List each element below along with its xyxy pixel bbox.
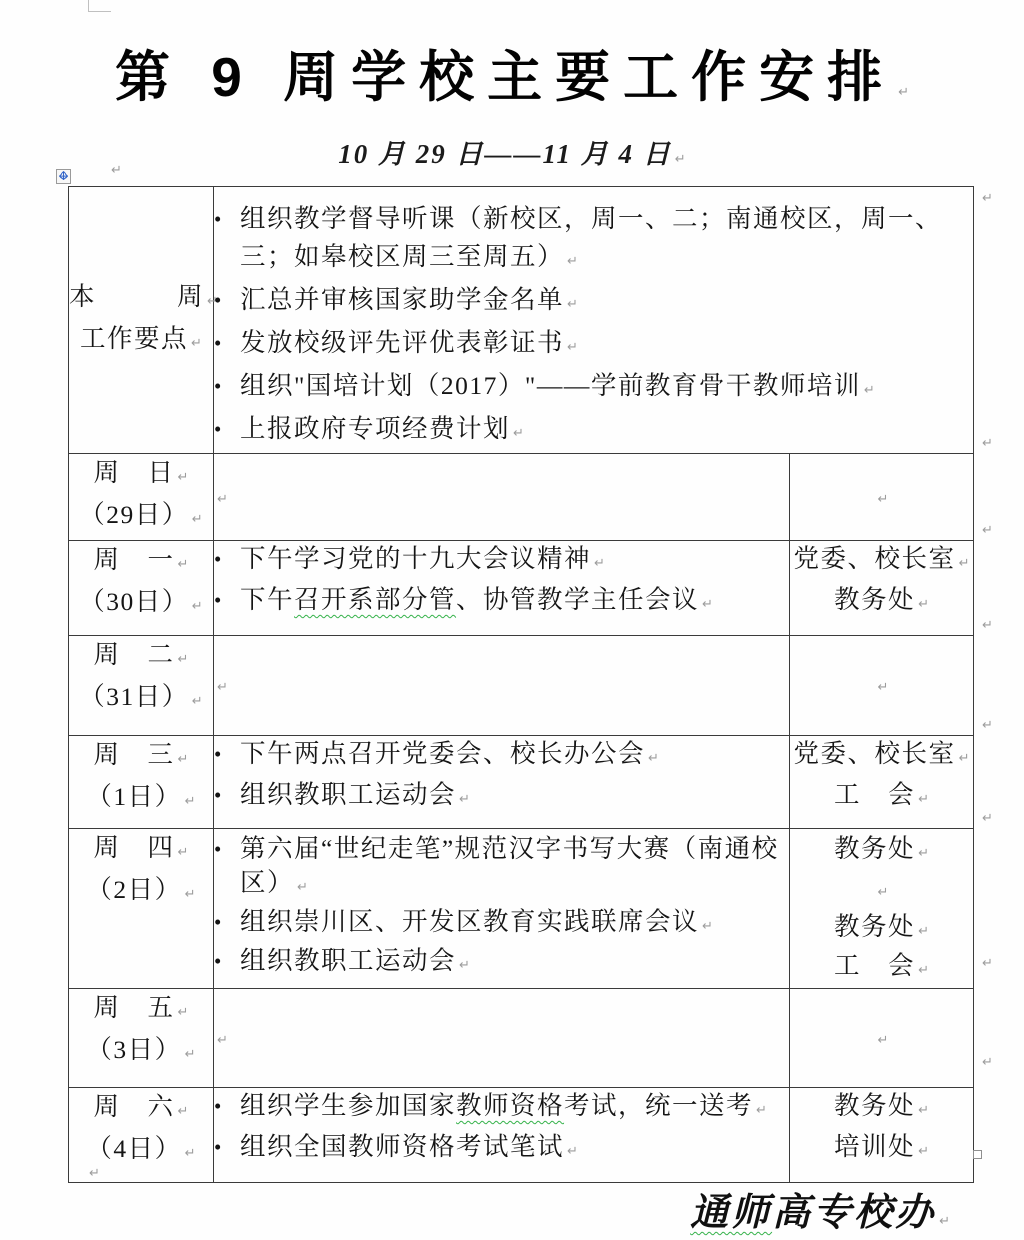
cell-end-mark: ↵ (185, 1146, 196, 1161)
bullet-icon: • (214, 905, 240, 939)
bullet-icon: • (214, 1088, 240, 1124)
cell-end-mark: ↵ (567, 1144, 578, 1159)
bullet-icon: • (214, 777, 240, 813)
paragraph-mark: ↵ (675, 152, 686, 167)
bullet-icon: • (214, 324, 240, 362)
cell-end-mark: ↵ (702, 597, 713, 612)
cell-end-mark: ↵ (918, 792, 929, 807)
day-label: 周 三↵ (69, 736, 213, 778)
bullet-icon: • (214, 832, 240, 866)
cell-end-mark: ↵ (878, 885, 889, 900)
cell-end-mark: ↵ (217, 1033, 228, 1048)
table-row-sunday: 周 日↵ （29日）↵ ↵ ↵ (69, 454, 974, 541)
schedule-table: 本 周↵ 工作要点↵ •组织教学督导听课（新校区，周一、二；南通校区，周一、三；… (68, 186, 974, 1183)
department-label: 工 会↵ (790, 949, 973, 988)
table-row-wednesday: 周 三↵ （1日）↵ •下午两点召开党委会、校长办公会↵ •组织教职工运动会↵ … (69, 736, 974, 829)
day-label-cell[interactable]: 周 二↵ （31日）↵ (69, 636, 214, 736)
bullet-icon: • (214, 582, 240, 618)
tasks-cell[interactable]: •组织教学督导听课（新校区，周一、二；南通校区，周一、三；如皋校区周三至周五）↵… (214, 187, 974, 454)
task-item: •下午学习党的十九大会议精神↵ (214, 541, 789, 582)
department-label: 党委、校长室↵ (790, 541, 973, 582)
department-cell[interactable]: 党委、校长室↵ 工 会↵ (790, 736, 974, 829)
paragraph-mark: ↵ (89, 1166, 100, 1181)
tasks-cell[interactable]: •组织学生参加国家教师资格考试，统一送考↵ •组织全国教师资格考试笔试↵ (214, 1088, 790, 1183)
bullet-icon: • (214, 541, 240, 577)
row-end-mark: ↵ (982, 191, 993, 206)
department-label: 培训处↵ (790, 1129, 973, 1170)
cell-end-mark: ↵ (192, 512, 203, 527)
cell-end-mark: ↵ (459, 958, 470, 973)
day-label: （1日）↵ (69, 778, 213, 820)
task-item: •上报政府专项经费计划↵ (214, 410, 973, 453)
bullet-icon: • (214, 944, 240, 978)
row-end-mark: ↵ (982, 1055, 993, 1070)
date-range[interactable]: 10 月 29 日——11 月 4 日↵ (0, 132, 1024, 171)
task-item: •汇总并审核国家助学金名单↵ (214, 281, 973, 324)
day-label: （29日）↵ (69, 496, 213, 538)
department-label: 教务处↵ (790, 910, 973, 949)
day-label: 周 日↵ (69, 454, 213, 496)
document-title[interactable]: 第 9 周学校主要工作安排↵ (0, 33, 1024, 112)
cell-end-mark: ↵ (178, 470, 189, 485)
task-item: •组织教学督导听课（新校区，周一、二；南通校区，周一、三；如皋校区周三至周五）↵ (214, 200, 973, 281)
department-label: 工 会↵ (790, 777, 973, 818)
department-label: 教务处↵ (790, 832, 973, 871)
cell-end-mark: ↵ (185, 1047, 196, 1062)
task-item: •组织崇川区、开发区教育实践联席会议↵ (214, 905, 789, 944)
day-label: 周 四↵ (69, 829, 213, 871)
bullet-icon: • (214, 200, 240, 238)
tasks-cell[interactable]: ↵ (214, 989, 790, 1088)
day-label: （31日）↵ (69, 678, 213, 720)
day-label: 周 六↵ (69, 1088, 213, 1130)
cell-end-mark: ↵ (918, 963, 929, 978)
cell-end-mark: ↵ (878, 680, 889, 695)
cell-end-mark: ↵ (191, 336, 202, 351)
department-cell[interactable]: 教务处↵ ↵ 教务处↵ 工 会↵ (790, 829, 974, 989)
cell-end-mark: ↵ (178, 752, 189, 767)
department-label: 党委、校长室↵ (790, 736, 973, 777)
day-label-cell[interactable]: 周 日↵ （29日）↵ (69, 454, 214, 541)
cell-end-mark: ↵ (178, 1104, 189, 1119)
table-row-thursday: 周 四↵ （2日）↵ •第六届“世纪走笔”规范汉字书写大赛（南通校区）↵ •组织… (69, 829, 974, 989)
cell-end-mark: ↵ (185, 887, 196, 902)
day-label: 周 二↵ (69, 636, 213, 678)
cell-end-mark: ↵ (959, 556, 970, 571)
cell-end-mark: ↵ (185, 794, 196, 809)
tasks-cell[interactable]: ↵ (214, 454, 790, 541)
move-arrows-icon: ↕ (57, 170, 70, 183)
day-label: 工作要点↵ (69, 320, 213, 362)
cell-end-mark: ↵ (878, 492, 889, 507)
task-item: •发放校级评先评优表彰证书↵ (214, 324, 973, 367)
text-boundary-corner (88, 0, 111, 12)
day-label-cell[interactable]: 周 一↵ （30日）↵ (69, 541, 214, 636)
day-label-cell[interactable]: 周 三↵ （1日）↵ (69, 736, 214, 829)
cell-end-mark: ↵ (702, 919, 713, 934)
spellcheck-underline: 教师资格 (456, 1091, 564, 1120)
bullet-icon: • (214, 1129, 240, 1165)
table-row-week-summary: 本 周↵ 工作要点↵ •组织教学督导听课（新校区，周一、二；南通校区，周一、三；… (69, 187, 974, 454)
cell-end-mark: ↵ (178, 652, 189, 667)
day-label: 周 一↵ (69, 541, 213, 583)
task-item: •组织"国培计划（2017）"——学前教育骨干教师培训↵ (214, 367, 973, 410)
cell-end-mark: ↵ (192, 694, 203, 709)
paragraph-mark: ↵ (898, 85, 909, 100)
day-label: （30日）↵ (69, 583, 213, 625)
department-cell[interactable]: ↵ (790, 989, 974, 1088)
task-item: •组织学生参加国家教师资格考试，统一送考↵ (214, 1088, 789, 1129)
office-signature[interactable]: 通师高专校办↵ (690, 1181, 950, 1236)
cell-end-mark: ↵ (878, 1033, 889, 1048)
day-label-cell[interactable]: 周 四↵ （2日）↵ (69, 829, 214, 989)
date-range-text: 10 月 29 日——11 月 4 日 (338, 139, 672, 169)
day-label: （2日）↵ (69, 871, 213, 913)
row-end-mark: ↵ (982, 618, 993, 633)
task-item: •组织全国教师资格考试笔试↵ (214, 1129, 789, 1170)
cell-end-mark: ↵ (178, 1005, 189, 1020)
row-end-mark: ↵ (982, 956, 993, 971)
cell-end-mark: ↵ (756, 1103, 767, 1118)
task-item: •组织教职工运动会↵ (214, 944, 789, 983)
department-label: ↵ (790, 871, 973, 910)
cell-end-mark: ↵ (459, 792, 470, 807)
row-end-mark: ↵ (982, 811, 993, 826)
cell-end-mark: ↵ (513, 426, 524, 441)
department-cell[interactable]: ↵ (790, 636, 974, 736)
table-row-monday: 周 一↵ （30日）↵ •下午学习党的十九大会议精神↵ •下午召开系部分管、协管… (69, 541, 974, 636)
cell-end-mark: ↵ (918, 597, 929, 612)
bullet-icon: • (214, 281, 240, 319)
task-item: •第六届“世纪走笔”规范汉字书写大赛（南通校区）↵ (214, 832, 789, 905)
row-end-mark: ↵ (982, 718, 993, 733)
cell-end-mark: ↵ (648, 751, 659, 766)
row-end-mark: ↵ (982, 523, 993, 538)
tasks-cell[interactable]: •第六届“世纪走笔”规范汉字书写大赛（南通校区）↵ •组织崇川区、开发区教育实践… (214, 829, 790, 989)
cell-end-mark: ↵ (178, 845, 189, 860)
cell-end-mark: ↵ (959, 751, 970, 766)
table-move-handle[interactable]: ↔ ↕ (56, 169, 71, 184)
department-label: 教务处↵ (790, 582, 973, 623)
cell-end-mark: ↵ (567, 297, 578, 312)
cell-end-mark: ↵ (594, 556, 605, 571)
bullet-icon: • (214, 367, 240, 405)
department-cell[interactable]: ↵ (790, 454, 974, 541)
spellcheck-underline: 通师 (690, 1189, 772, 1234)
bullet-icon: • (214, 736, 240, 772)
cell-end-mark: ↵ (918, 1103, 929, 1118)
cell-end-mark: ↵ (567, 254, 578, 269)
day-label: 本 周↵ (69, 278, 213, 320)
day-label: 周 五↵ (69, 989, 213, 1031)
day-label: （3日）↵ (69, 1031, 213, 1073)
tasks-cell[interactable]: •下午学习党的十九大会议精神↵ •下午召开系部分管、协管教学主任会议↵ (214, 541, 790, 636)
table-resize-handle[interactable] (973, 1150, 982, 1159)
department-label: 教务处↵ (790, 1088, 973, 1129)
cell-end-mark: ↵ (297, 880, 308, 895)
cell-end-mark: ↵ (864, 383, 875, 398)
cell-end-mark: ↵ (918, 1144, 929, 1159)
cell-end-mark: ↵ (178, 557, 189, 572)
paragraph-mark: ↵ (939, 1214, 950, 1229)
table-row-friday: 周 五↵ （3日）↵ ↵ ↵ (69, 989, 974, 1088)
cell-end-mark: ↵ (217, 680, 228, 695)
row-end-mark: ↵ (982, 436, 993, 451)
cell-end-mark: ↵ (192, 599, 203, 614)
bullet-icon: • (214, 410, 240, 448)
department-cell[interactable]: 教务处↵ 培训处↵ (790, 1088, 974, 1183)
table-row-tuesday: 周 二↵ （31日）↵ ↵ ↵ (69, 636, 974, 736)
cell-end-mark: ↵ (567, 340, 578, 355)
document-title-text: 第 9 周学校主要工作安排 (115, 46, 895, 108)
task-item: •组织教职工运动会↵ (214, 777, 789, 818)
tasks-cell[interactable]: •下午两点召开党委会、校长办公会↵ •组织教职工运动会↵ (214, 736, 790, 829)
task-item: •下午两点召开党委会、校长办公会↵ (214, 736, 789, 777)
cell-end-mark: ↵ (918, 924, 929, 939)
table-row-saturday: 周 六↵ （4日）↵ •组织学生参加国家教师资格考试，统一送考↵ •组织全国教师… (69, 1088, 974, 1183)
cell-end-mark: ↵ (918, 846, 929, 861)
tasks-cell[interactable]: ↵ (214, 636, 790, 736)
cell-end-mark: ↵ (217, 492, 228, 507)
paragraph-mark: ↵ (111, 163, 122, 178)
day-label-cell[interactable]: 本 周↵ 工作要点↵ (69, 187, 214, 454)
department-cell[interactable]: 党委、校长室↵ 教务处↵ (790, 541, 974, 636)
task-item: •下午召开系部分管、协管教学主任会议↵ (214, 582, 789, 623)
day-label-cell[interactable]: 周 五↵ （3日）↵ (69, 989, 214, 1088)
spellcheck-underline: 召开系部分管 (294, 585, 456, 614)
